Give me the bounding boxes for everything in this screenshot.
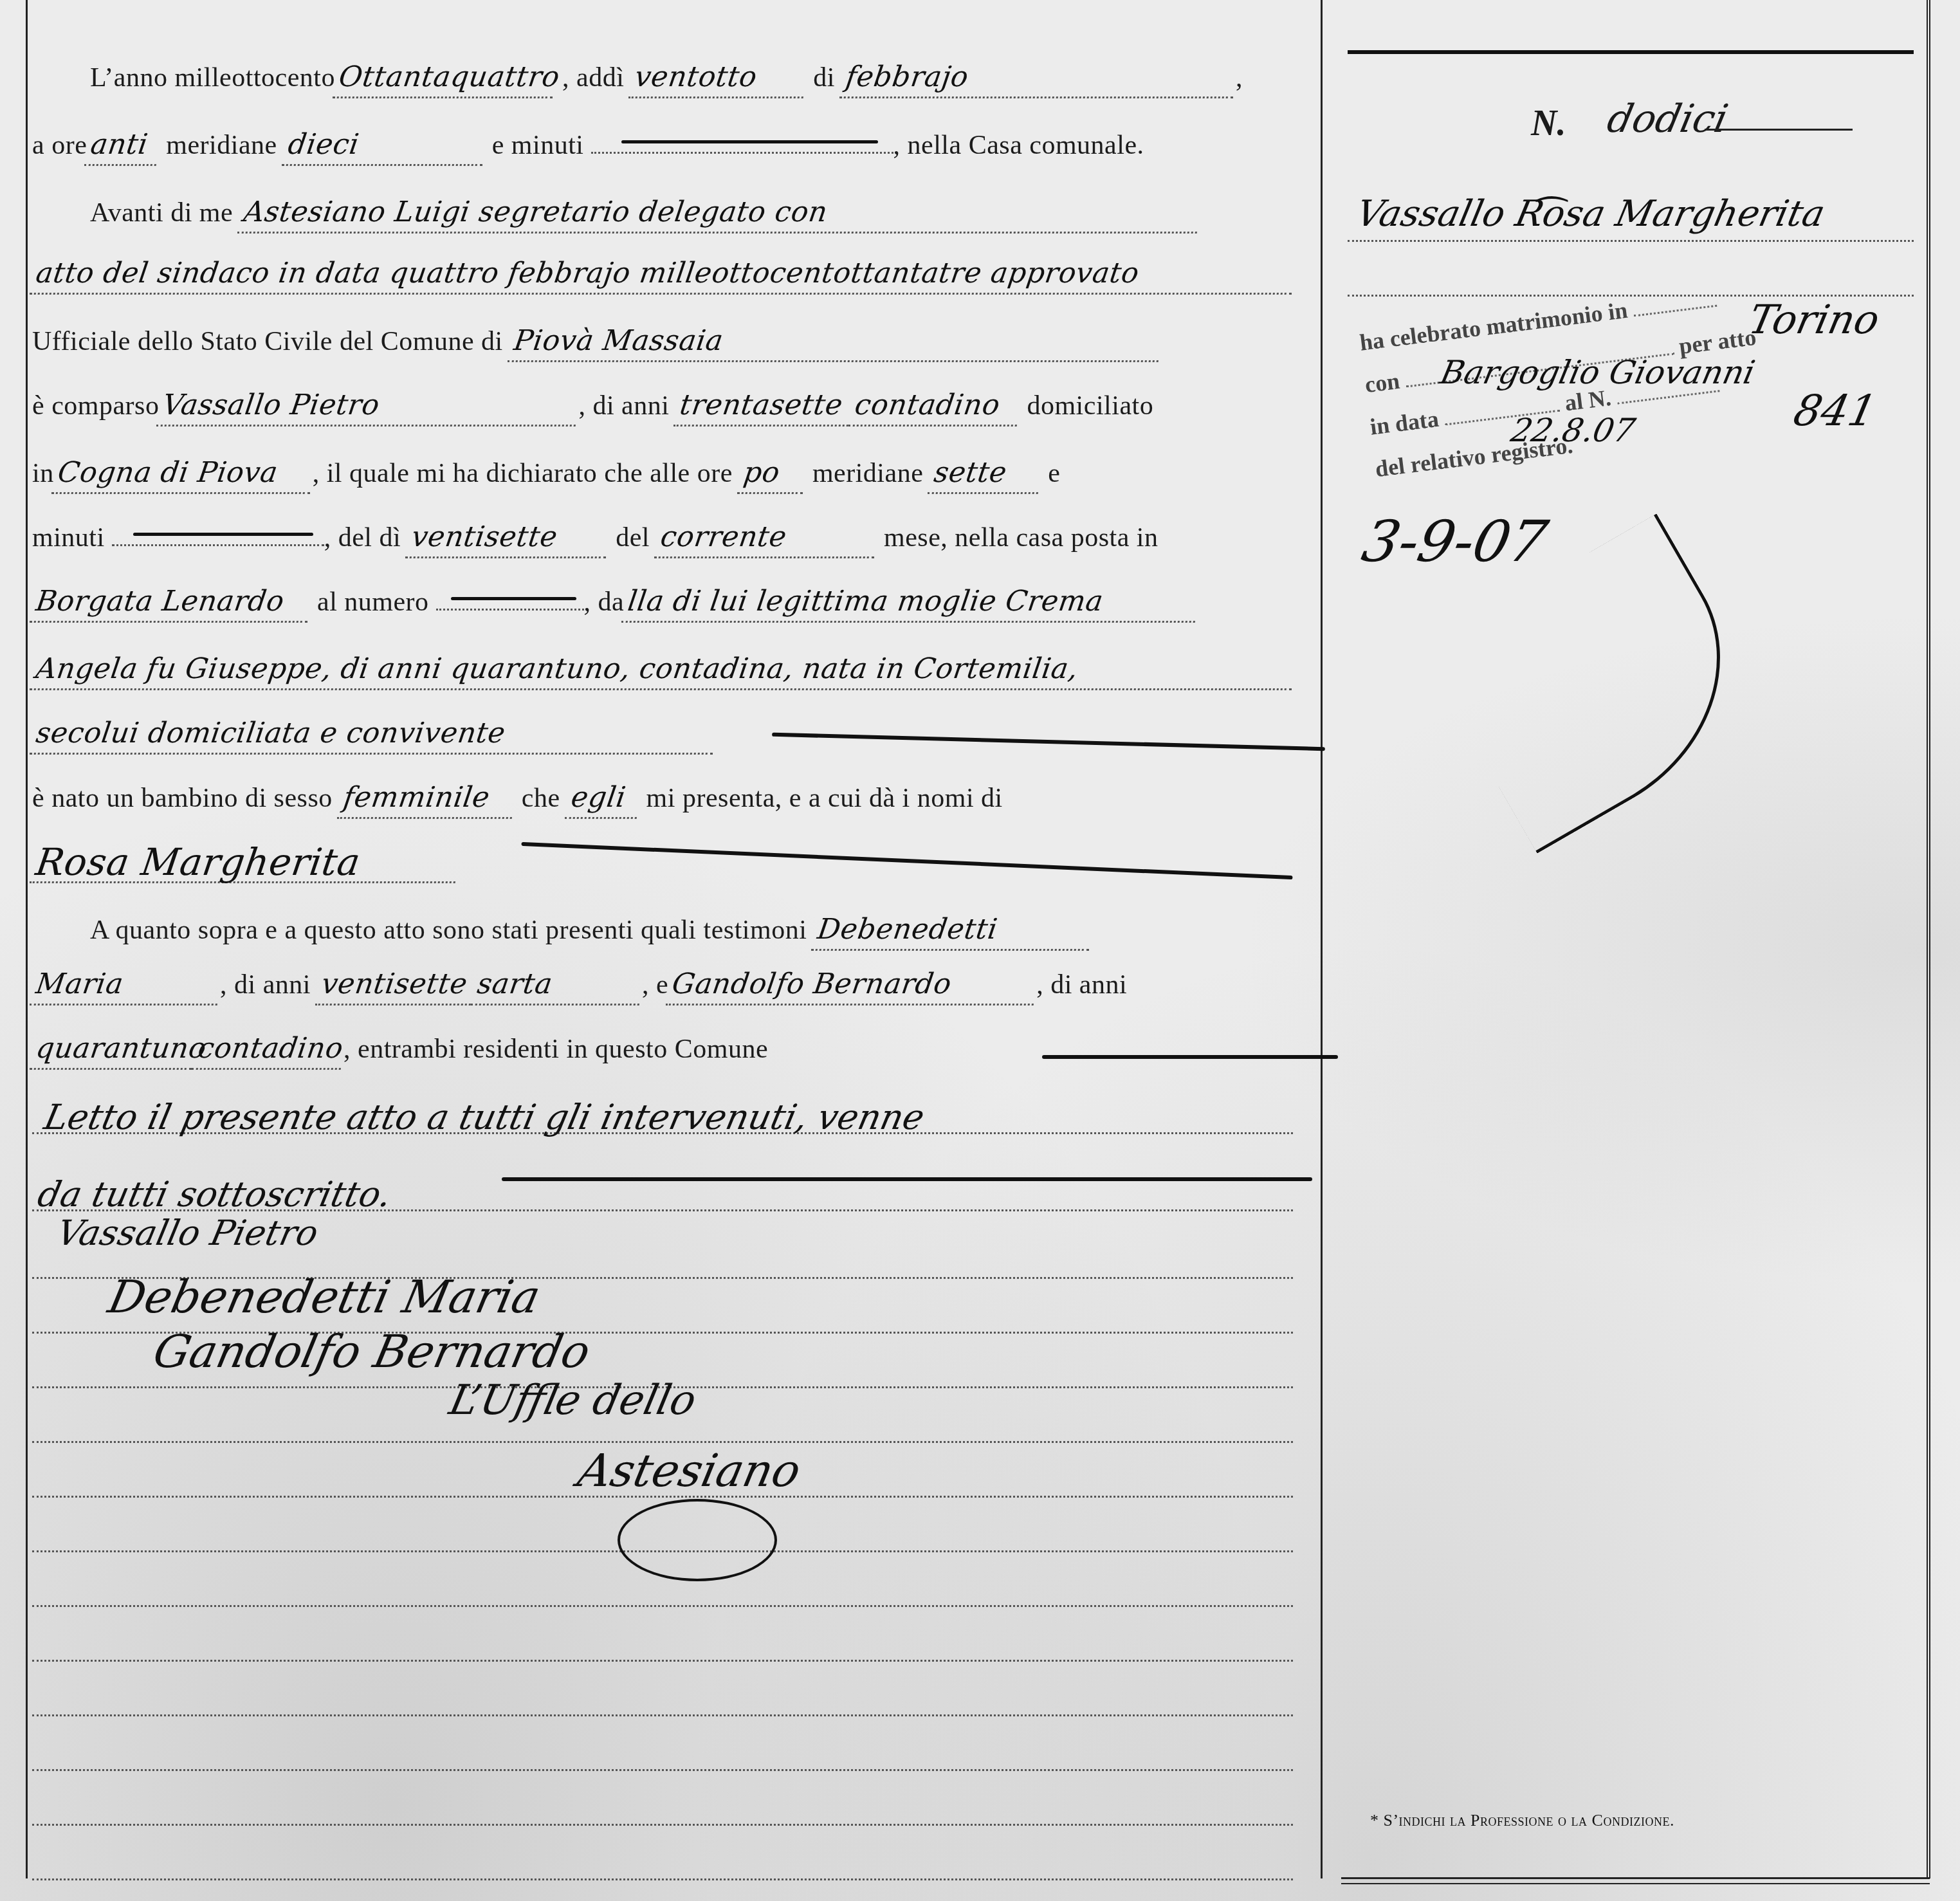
closing-text: Letto il presente atto a tutti gli inter… bbox=[41, 1097, 928, 1137]
hour-field: dieci bbox=[281, 125, 488, 166]
birth-hour-field: sette bbox=[928, 454, 1044, 494]
margin-top-rule bbox=[1348, 50, 1914, 54]
stamp-text: in data bbox=[1369, 406, 1440, 440]
record-line-witness-details: Maria, di anni ventisettesarta, eGandolf… bbox=[32, 965, 1293, 1004]
ruled-line bbox=[32, 1676, 1293, 1716]
birth-place-field: Borgata Lenardo bbox=[30, 582, 313, 623]
closing-text: da tutti sottoscritto. bbox=[34, 1174, 395, 1215]
printed-text: , di anni bbox=[220, 970, 311, 1000]
printed-text: in bbox=[32, 459, 54, 488]
sex-field: femminile bbox=[336, 778, 517, 819]
witness1-surname-field: Debenedetti bbox=[811, 910, 1095, 951]
printed-text: che bbox=[522, 784, 560, 813]
record-number-underline bbox=[1705, 129, 1853, 131]
ruled-line bbox=[32, 1840, 1293, 1880]
record-line-birth-day: minuti , del dì ventisette del corrente … bbox=[32, 518, 1293, 556]
record-line-time: a oreanti meridiane dieci e minuti , nel… bbox=[32, 125, 1293, 164]
printed-text: domiciliato bbox=[1027, 391, 1153, 421]
cancel-stroke bbox=[502, 1177, 1312, 1181]
residence-field: Cogna di Piova bbox=[51, 454, 315, 494]
record-line-sex: è nato un bambino di sesso femminile che… bbox=[32, 778, 1293, 817]
printed-text: , di anni bbox=[1036, 970, 1127, 1000]
record-line-mother: Angela fu Giuseppe, di anni quarantuno, … bbox=[32, 650, 1293, 688]
record-line-delegation: atto del sindaco in data quattro febbraj… bbox=[32, 254, 1293, 293]
printed-text: L’anno milleottocento bbox=[90, 63, 335, 93]
bottom-border bbox=[1341, 1877, 1930, 1884]
margin-subject-name: Vassallo Rosa Margherita bbox=[1353, 193, 1829, 235]
printed-text: e minuti bbox=[492, 131, 584, 160]
witness1-profession-field: sarta bbox=[471, 965, 645, 1006]
cancel-stroke bbox=[1042, 1055, 1338, 1059]
witness2-field: Gandolfo Bernardo bbox=[666, 965, 1040, 1006]
margin-name-line bbox=[1348, 238, 1914, 242]
birth-record-page: L’anno milleottocentoOttantaquattro , ad… bbox=[0, 0, 1960, 1901]
printed-text: Ufficiale dello Stato Civile del Comune … bbox=[32, 327, 503, 356]
witness1-age-field: ventisette bbox=[315, 965, 477, 1006]
printed-text: , di anni bbox=[578, 391, 669, 421]
record-line-residence: inCogna di Piova, il quale mi ha dichiar… bbox=[32, 454, 1293, 492]
profession-footnote: * S’indichi la Professione o la Condizio… bbox=[1370, 1811, 1674, 1830]
birth-day-field: ventisette bbox=[405, 518, 612, 558]
am-pm-field: anti bbox=[84, 125, 162, 166]
printed-text: , il quale mi ha dichiarato che alle ore bbox=[313, 459, 733, 488]
comune-field: Piovà Massaia bbox=[507, 322, 1164, 362]
printed-text: al numero bbox=[317, 587, 429, 617]
record-line-witnesses: A quanto sopra e a questo atto sono stat… bbox=[32, 910, 1351, 949]
printed-text: , addì bbox=[562, 63, 624, 93]
ruled-line bbox=[32, 1731, 1293, 1771]
officer-title-signature: L’Uffle dello bbox=[445, 1377, 701, 1424]
marriage-place: Torino bbox=[1745, 296, 1883, 343]
year-field: Ottantaquattro bbox=[333, 58, 558, 98]
printed-text: , e bbox=[642, 970, 668, 1000]
printed-text: meridiane bbox=[166, 131, 277, 160]
annotation-date: 3-9-07 bbox=[1357, 508, 1553, 574]
printed-text: , nella Casa comunale. bbox=[893, 131, 1144, 160]
mother-residence-field: secolui domiciliata e convivente bbox=[30, 714, 719, 755]
birth-month-field: corrente bbox=[654, 518, 880, 558]
printed-text: del bbox=[616, 523, 650, 553]
printed-text: mi presenta, e a cui dà bbox=[646, 784, 895, 813]
printed-text: è nato un bambino di sesso bbox=[32, 784, 333, 813]
ruled-line bbox=[32, 1566, 1293, 1607]
presenter-field: egli bbox=[564, 778, 642, 819]
declarant-field: Vassallo Pietro bbox=[156, 386, 582, 427]
birth-minutes-blank bbox=[112, 519, 324, 546]
record-line-mother-cont: secolui domiciliata e convivente bbox=[32, 714, 1293, 753]
printed-text: minuti bbox=[32, 523, 105, 553]
printed-text: A quanto sopra e a questo atto sono stat… bbox=[90, 915, 807, 945]
record-line-declarant: è comparsoVassallo Pietro, di anni trent… bbox=[32, 386, 1293, 425]
printed-text: , del dì bbox=[324, 523, 401, 553]
mother-field: Angela fu Giuseppe, di anni quarantuno, … bbox=[30, 650, 1297, 690]
birth-am-pm-field: po bbox=[737, 454, 808, 494]
house-number-blank bbox=[436, 583, 584, 611]
minutes-blank bbox=[591, 126, 893, 154]
declarant-profession-field: contadino bbox=[848, 386, 1023, 427]
record-number-label: N. bbox=[1531, 103, 1566, 144]
printed-text: Avanti di me bbox=[90, 198, 233, 228]
printed-text: i nomi di bbox=[902, 784, 1003, 813]
marriage-act-number: 841 bbox=[1790, 386, 1881, 436]
printed-text: meridiane bbox=[812, 459, 923, 488]
printed-text: e bbox=[1048, 459, 1060, 488]
declarant-age-field: trentasette bbox=[673, 386, 854, 427]
officer-signature: Astesiano bbox=[573, 1444, 805, 1497]
margin-column bbox=[1341, 0, 1930, 1878]
record-number-value: dodici bbox=[1604, 96, 1732, 142]
officer-field: Astesiano Luigi segretario delegato con bbox=[237, 193, 1203, 234]
witness1-name-field: Maria bbox=[30, 965, 223, 1006]
mother-intro-field: lla di lui legittima moglie Crema bbox=[621, 582, 1201, 623]
record-line-date: L’anno milleottocentoOttantaquattro , ad… bbox=[32, 58, 1351, 96]
ruled-line bbox=[32, 1785, 1293, 1826]
delegation-field: atto del sindaco in data quattro febbraj… bbox=[30, 254, 1297, 295]
ruled-line bbox=[32, 1621, 1293, 1662]
printed-text: mese, nella casa posta in bbox=[884, 523, 1159, 553]
printed-text: , da bbox=[584, 587, 625, 617]
record-line-comune: Ufficiale dello Stato Civile del Comune … bbox=[32, 322, 1293, 360]
day-field: ventotto bbox=[628, 58, 809, 98]
record-line-witness2-details: quarantunocontadino, entrambi residenti … bbox=[32, 1029, 1293, 1068]
printed-text: di bbox=[813, 63, 835, 93]
month-field: febbrajo bbox=[839, 58, 1239, 98]
record-line-officer: Avanti di me Astesiano Luigi segretario … bbox=[32, 193, 1351, 232]
marriage-date: 22.8.07 bbox=[1508, 412, 1638, 449]
printed-text: a ore bbox=[32, 131, 87, 160]
witness1-signature: Debenedetti Maria bbox=[104, 1271, 545, 1323]
record-line-place: Borgata Lenardo al numero , dalla di lui… bbox=[32, 582, 1293, 621]
printed-text: , entrambi residenti in questo Comune bbox=[343, 1034, 768, 1064]
spouse-name: Bargoglio Giovanni bbox=[1437, 354, 1758, 391]
witness2-age-field: quarantuno bbox=[30, 1029, 197, 1070]
printed-text: è comparso bbox=[32, 391, 159, 421]
declarant-signature: Vassallo Pietro bbox=[53, 1213, 322, 1253]
child-name-field: Rosa Margherita bbox=[30, 843, 461, 883]
witness2-profession-field: contadino bbox=[192, 1029, 347, 1070]
witness2-signature: Gandolfo Bernardo bbox=[149, 1325, 594, 1378]
stamp-text: con bbox=[1364, 368, 1401, 398]
